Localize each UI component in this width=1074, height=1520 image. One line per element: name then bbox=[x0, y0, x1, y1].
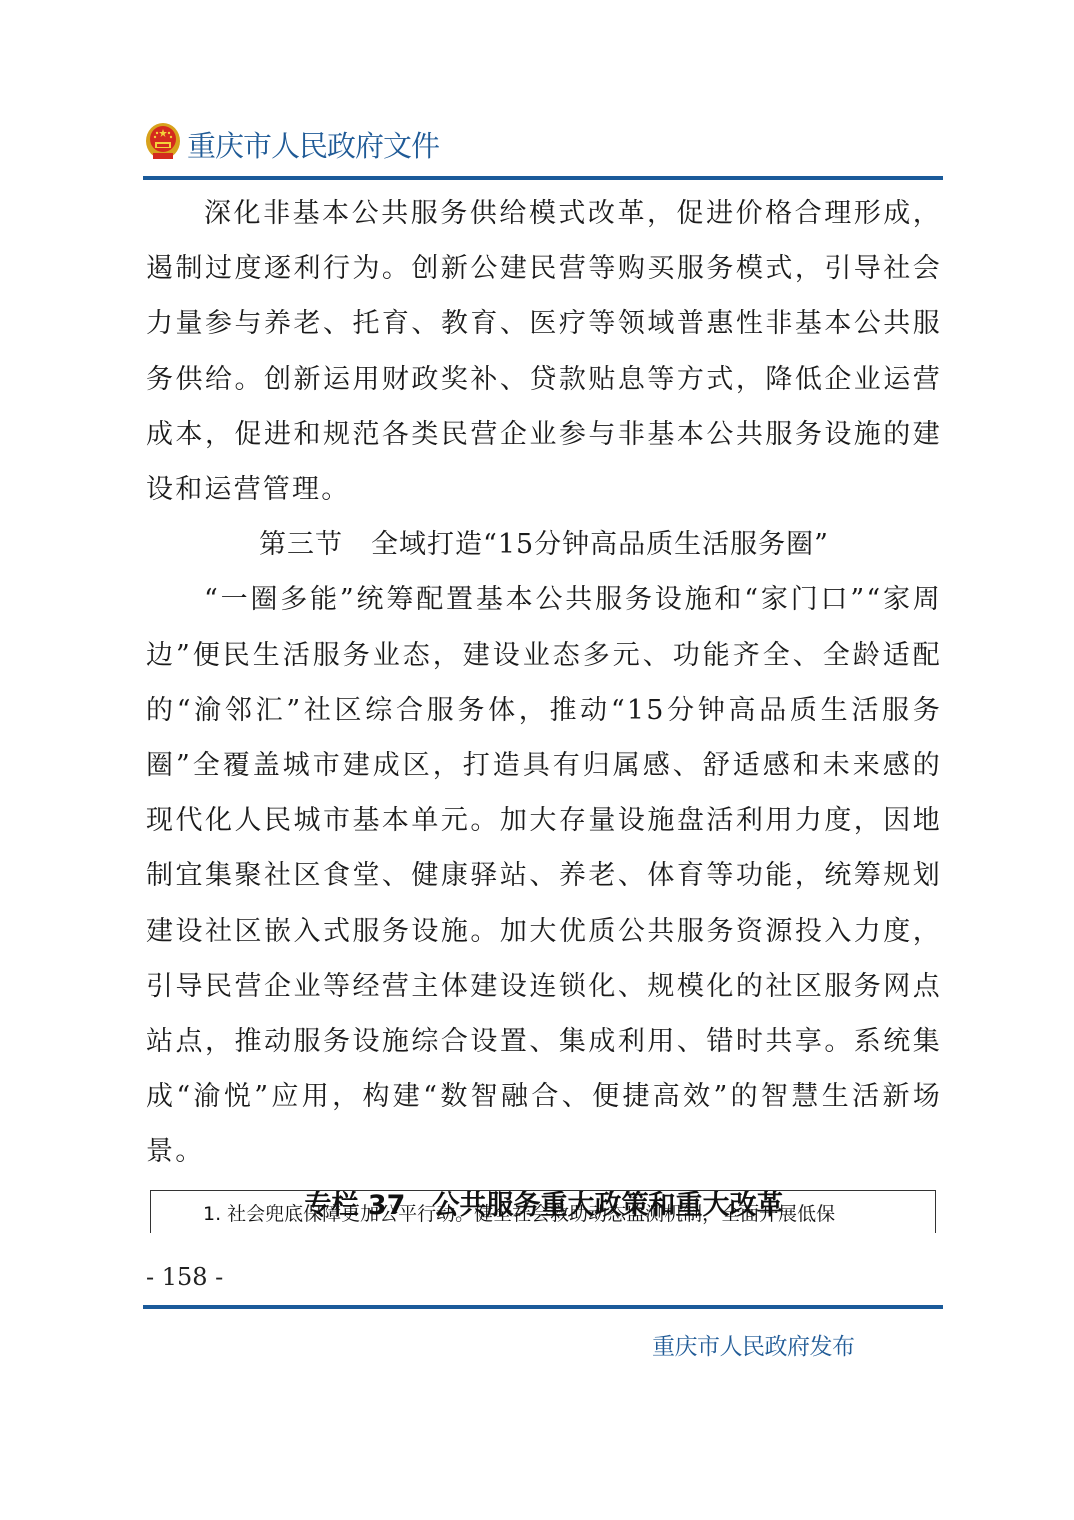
paragraph: 深化非基本公共服务供给模式改革，促进价格合理形成，遏制过度逐利行为。创新公建民营… bbox=[146, 186, 942, 517]
column-box: 1. 社会兜底保障更加公平行动。健全社会救助动态监测机制，全面开展低保 bbox=[150, 1190, 936, 1233]
paragraph: “一圈多能”统筹配置基本公共服务设施和“家门口”“家周边”便民生活服务业态，建设… bbox=[146, 572, 942, 1179]
page-number: - 158 - bbox=[146, 1263, 223, 1291]
header-divider bbox=[143, 176, 943, 180]
document-body: 深化非基本公共服务供给模式改革，促进价格合理形成，遏制过度逐利行为。创新公建民营… bbox=[146, 186, 942, 1228]
footer-publisher: 重庆市人民政府发布 bbox=[652, 1328, 855, 1361]
footer-divider bbox=[143, 1305, 943, 1309]
header-title: 重庆市人民政府文件 bbox=[187, 124, 439, 165]
section-heading: 第三节 全域打造“15分钟高品质生活服务圈” bbox=[146, 517, 942, 572]
box-item: 1. 社会兜底保障更加公平行动。健全社会救助动态监测机制，全面开展低保 bbox=[203, 1199, 835, 1226]
document-header: 重庆市人民政府文件 bbox=[143, 118, 943, 178]
national-emblem-icon bbox=[145, 122, 181, 162]
